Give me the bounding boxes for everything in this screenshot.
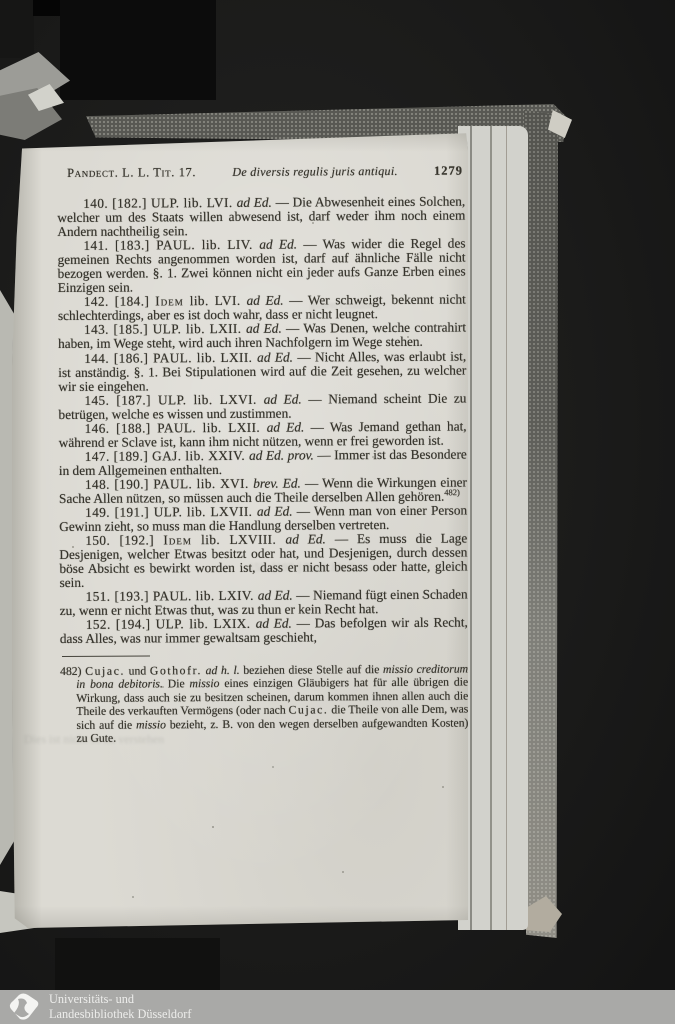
page-stack-fore-edge — [458, 126, 528, 930]
footnote: 482) Cujac. und Gothofr. ad h. l. bezieh… — [60, 662, 468, 746]
text-paragraph: 141. [183.] PAUL. lib. LIV. ad Ed. — Was… — [57, 237, 465, 296]
text-paragraph: 151. [193.] PAUL. lib. LXIV. ad Ed. — Ni… — [60, 588, 468, 619]
text-paragraph: 142. [184.] Idem lib. LVI. ad Ed. — Wer … — [58, 293, 466, 324]
text-paragraph: 145. [187.] ULP. lib. LXVI. ad Ed. — Nie… — [58, 391, 466, 422]
footnote-reference: 482) — [444, 487, 460, 497]
page-header: Pandect. L. L. Tit. 17. De diversis regu… — [57, 164, 465, 181]
running-title-left: Pandect. L. L. Tit. 17. — [67, 165, 196, 181]
text-paragraph: 152. [194.] ULP. lib. LXIX. ad Ed. — Das… — [60, 616, 468, 647]
library-name: Universitäts- und Landesbibliothek Düsse… — [49, 992, 191, 1022]
page-number: 1279 — [434, 164, 463, 179]
text-paragraph: 150. [192.] Idem lib. LXVIII. ad Ed. — E… — [59, 532, 467, 591]
book-cover-right-edge — [524, 110, 558, 938]
ulb-duesseldorf-logo-icon — [5, 993, 41, 1021]
library-banner: Universitäts- und Landesbibliothek Düsse… — [0, 990, 675, 1024]
footnote-separator — [62, 655, 150, 657]
main-text-block: 140. [182.] ULP. lib. LVI. ad Ed. — Die … — [57, 195, 468, 647]
text-paragraph: 143. [185.] ULP. lib. LXII. ad Ed. — Was… — [58, 321, 466, 352]
library-name-line2: Landesbibliothek Düsseldorf — [49, 1007, 191, 1022]
text-paragraph: 147. [189.] GAJ. lib. XXIV. ad Ed. prov.… — [59, 447, 467, 478]
book-scan-photo: guten Glauben155. [197.] Paul. lib. LDie… — [0, 0, 675, 1024]
text-paragraph: 146. [188.] PAUL. lib. LXII. ad Ed. — Wa… — [59, 419, 467, 450]
background-shadow — [0, 0, 34, 58]
text-paragraph: 148. [190.] PAUL. lib. XVI. brev. Ed. — … — [59, 475, 467, 506]
book-cover-shadow — [60, 0, 216, 100]
text-paragraph: 140. [182.] ULP. lib. LVI. ad Ed. — Die … — [57, 195, 465, 240]
library-name-line1: Universitäts- und — [49, 992, 191, 1007]
text-paragraph: 144. [186.] PAUL. lib. LXII. ad Ed. — Ni… — [58, 349, 466, 394]
printed-content: Pandect. L. L. Tit. 17. De diversis regu… — [57, 164, 469, 747]
running-title-center: De diversis regulis juris antiqui. — [232, 164, 398, 180]
text-paragraph: 149. [191.] ULP. lib. LXVII. ad Ed. — We… — [59, 504, 467, 535]
book-page: guten Glauben155. [197.] Paul. lib. LDie… — [12, 126, 468, 928]
page-bottom-shadow — [55, 938, 220, 990]
